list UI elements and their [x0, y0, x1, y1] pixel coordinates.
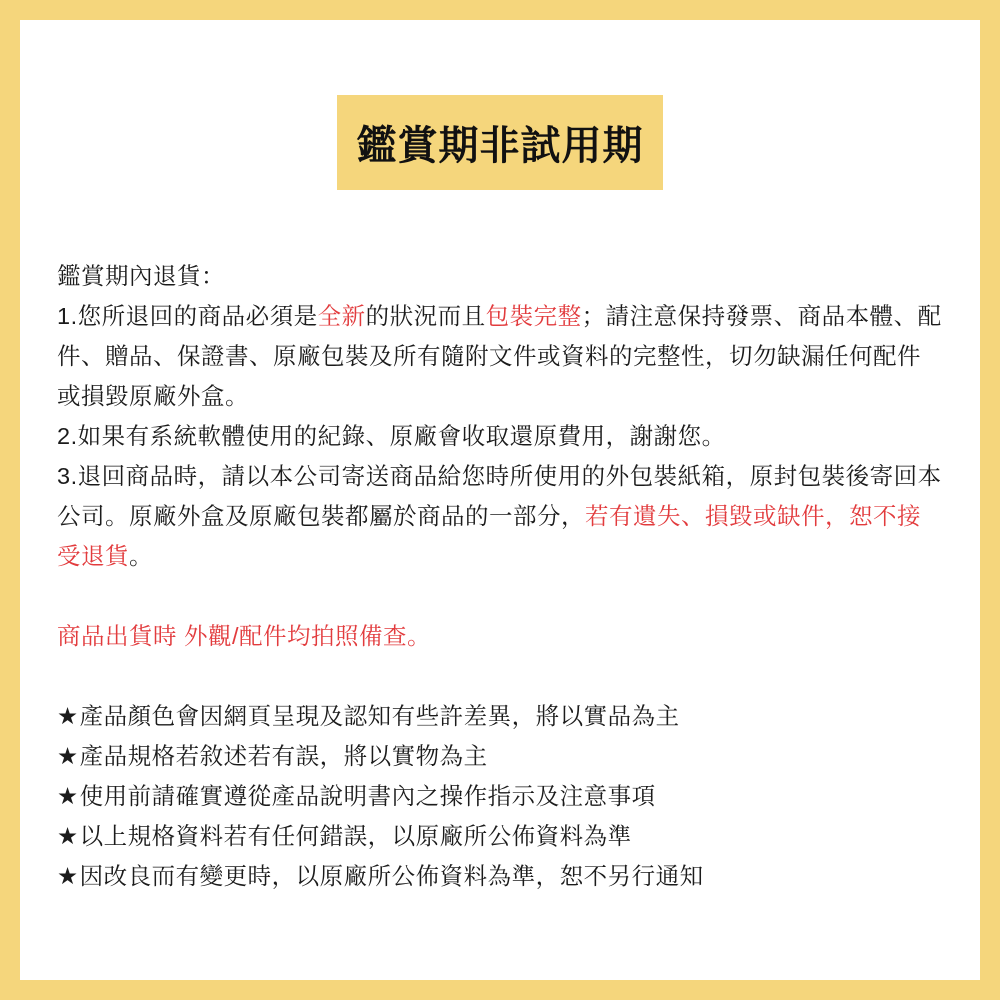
disclaimer-text: 產品規格若敘述若有誤，將以實物為主 [80, 743, 488, 769]
star-icon: ★ [57, 863, 79, 889]
body-text: 的狀況而且 [366, 303, 486, 329]
star-icon: ★ [57, 823, 79, 849]
disclaimer-text: 產品顏色會因網頁呈現及認知有些許差異，將以實品為主 [80, 703, 680, 729]
star-icon: ★ [57, 743, 79, 769]
disclaimer-item: ★產品規格若敘述若有誤，將以實物為主 [57, 736, 944, 776]
policy-item-2: 2.如果有系統軟體使用的紀錄、原廠會收取還原費用，謝謝您。 [57, 416, 944, 456]
highlighted-text: 全新 [318, 303, 366, 329]
disclaimer-item: ★產品顏色會因網頁呈現及認知有些許差異，將以實品為主 [57, 696, 944, 736]
disclaimer-list: ★產品顏色會因網頁呈現及認知有些許差異，將以實品為主★產品規格若敘述若有誤，將以… [57, 696, 944, 896]
return-policy-heading: 鑑賞期內退貨： [57, 256, 944, 296]
body-text: 。 [129, 543, 153, 569]
disclaimer-text: 以上規格資料若有任何錯誤，以原廠所公佈資料為準 [80, 823, 632, 849]
star-icon: ★ [57, 783, 79, 809]
header-banner: 鑑賞期非試用期 [337, 95, 663, 190]
disclaimer-text: 因改良而有變更時，以原廠所公佈資料為準，恕不另行通知 [80, 863, 704, 889]
body-text: 鑑賞期內退貨： [57, 263, 225, 289]
highlighted-text: 包裝完整 [486, 303, 582, 329]
disclaimer-text: 使用前請確實遵從產品說明書內之操作指示及注意事項 [80, 783, 656, 809]
disclaimer-item: ★因改良而有變更時，以原廠所公佈資料為準，恕不另行通知 [57, 856, 944, 896]
star-icon: ★ [57, 703, 79, 729]
photo-note: 商品出貨時 外觀/配件均拍照備查。 [57, 616, 944, 656]
body-text: 2.如果有系統軟體使用的紀錄、原廠會收取還原費用，謝謝您。 [57, 423, 726, 449]
policy-item-3: 3.退回商品時，請以本公司寄送商品給您時所使用的外包裝紙箱，原封包裝後寄回本公司… [57, 456, 944, 576]
page-title: 鑑賞期非試用期 [357, 114, 644, 171]
disclaimer-item: ★使用前請確實遵從產品說明書內之操作指示及注意事項 [57, 776, 944, 816]
notice-card: 鑑賞期非試用期 鑑賞期內退貨：1.您所退回的商品必須是全新的狀況而且包裝完整；請… [0, 0, 1000, 1000]
return-policy-paragraphs: 鑑賞期內退貨：1.您所退回的商品必須是全新的狀況而且包裝完整；請注意保持發票、商… [57, 256, 944, 576]
body-text: 1.您所退回的商品必須是 [57, 303, 318, 329]
policy-item-1: 1.您所退回的商品必須是全新的狀況而且包裝完整；請注意保持發票、商品本體、配件、… [57, 296, 944, 416]
disclaimer-item: ★以上規格資料若有任何錯誤，以原廠所公佈資料為準 [57, 816, 944, 856]
notice-body: 鑑賞期內退貨：1.您所退回的商品必須是全新的狀況而且包裝完整；請注意保持發票、商… [20, 190, 980, 896]
